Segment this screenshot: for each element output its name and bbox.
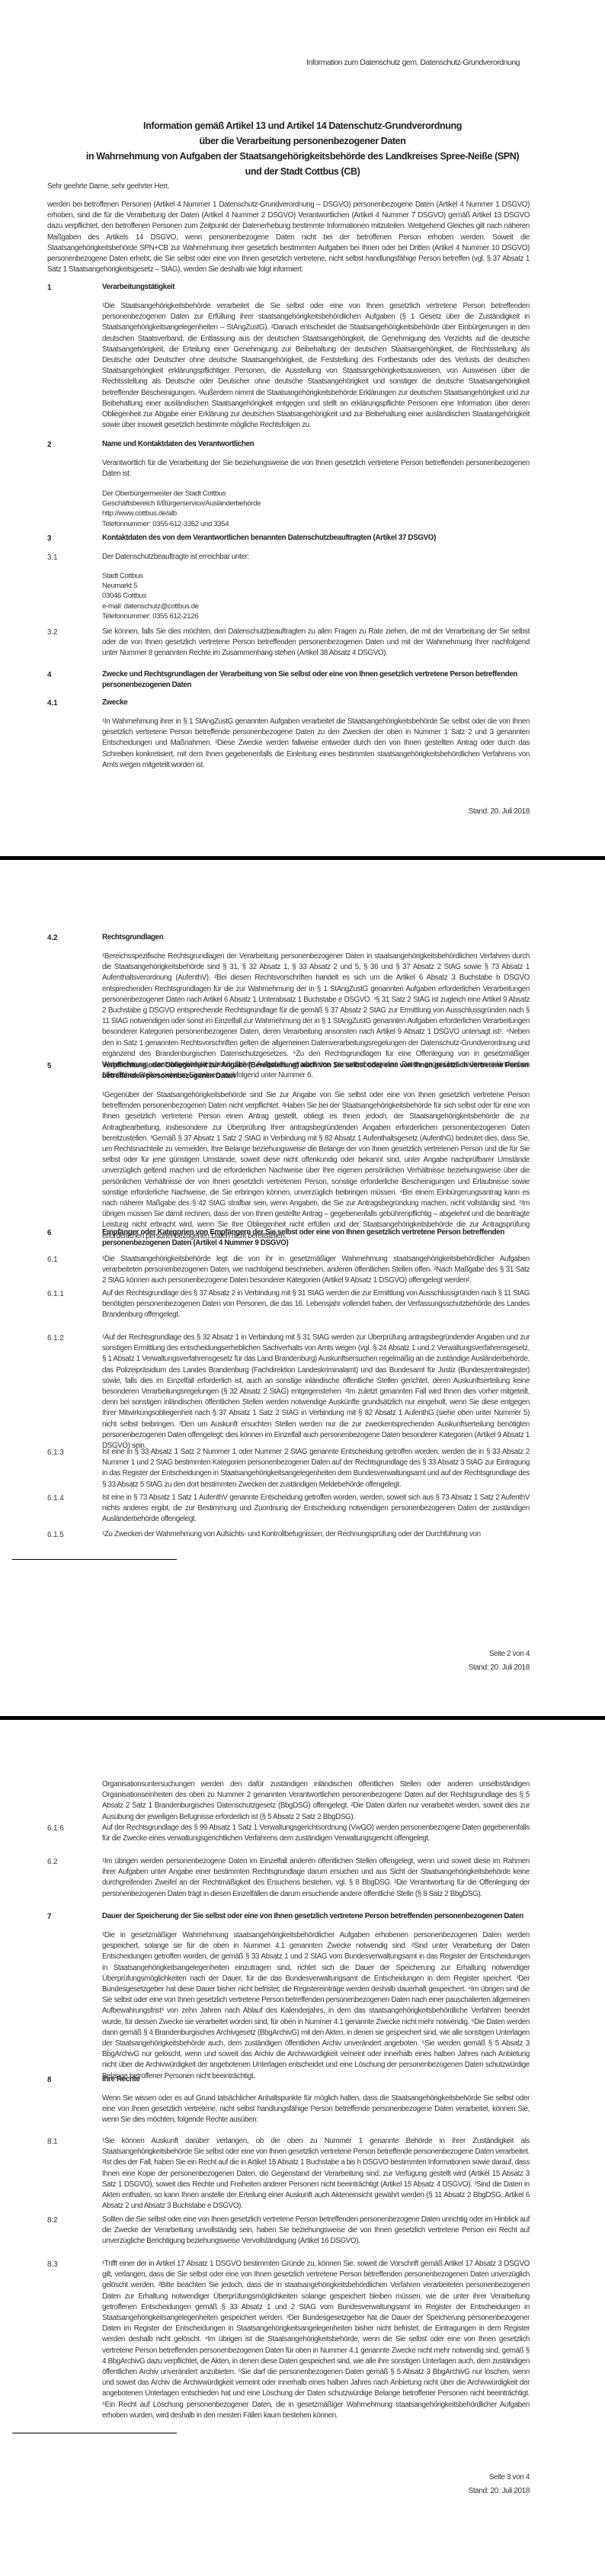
section-4-1-number: 4.1 [47,699,58,707]
section-5-title: Verpflichtung oder Obliegenheit zur Anga… [102,1060,530,1082]
section-3-2-number: 3.2 [47,628,58,637]
section-1-number: 1 [47,284,51,292]
page-2: 4.2 Rechtsgrundlagen ¹Bereichsspezifisch… [0,860,605,1716]
title-line-3: in Wahrnehmung von Aufgaben der Staatsan… [0,149,605,164]
section-6-1-6-body: Auf der Rechtsgrundlage des § 99 Absatz … [102,1823,530,1844]
section-1-title: Verarbeitungstätigkeit [102,282,530,293]
dpo-street: Neumarkt 5 [102,581,530,591]
section-6-1-5-body-start: ¹Zu Zwecken der Wahrnehmung von Aufsicht… [102,1529,530,1540]
intro-paragraph: werden bei betroffenen Personen (Artikel… [47,200,530,275]
section-8-2-number: 8.2 [47,2216,58,2225]
section-6-1-1-number: 6.1.1 [47,1290,64,1298]
section-6-1-4-body: Ist eine in § 73 Absatz 1 Satz 1 Aufenth… [102,1493,530,1525]
section-2-body: Verantwortlich für die Verarbeitung der … [102,458,530,480]
footer-stand: Stand: 20. Juli 2018 [469,2487,530,2495]
section-6-1-3-number: 6.1.3 [47,1448,64,1457]
section-1-body: ¹Die Staatsangehörigkeitsbehörde verarbe… [102,301,530,431]
controller-address: Der Oberbürgermeister der Stadt Cottbus … [102,489,530,529]
footer-stand: Stand: 20. Juli 2018 [469,807,530,816]
footer-stand: Stand: 20. Juli 2018 [469,1663,530,1672]
section-3-1-number: 3.1 [47,553,58,562]
controller-phone: Telefonnummer: 0355-612-3352 und 3354 [102,519,530,529]
section-8-1-body: ¹Sie können Auskunft darüber verlangen, … [102,2136,530,2212]
dpo-address: Stadt Cottbus Neumarkt 5 03046 Cottbus e… [102,571,530,621]
footer-page-number: Seite 3 von 4 [489,2473,530,2481]
section-8-3-body: ¹Trifft einer der in Artikel 17 Absatz 1… [102,2259,530,2421]
section-7-title: Dauer der Speicherung der Sie selbst ode… [102,1911,530,1922]
section-6-1-5-body-cont: Organisationsuntersuchungen werden den d… [102,1779,530,1823]
section-5-number: 5 [47,1062,51,1070]
salutation: Sehr geehrte Dame, sehr geehrter Herr, [47,181,530,192]
section-6-number: 6 [47,1229,51,1237]
dpo-email-link[interactable]: e-mail: datenschutz@cottbus.de [102,601,530,611]
section-5-body: ¹Gegenüber der Staatsangehörigkeitsbehör… [102,1090,530,1242]
section-2-number: 2 [47,441,51,449]
section-6-1-6-number: 6.1.6 [47,1824,64,1833]
title-line-4: und der Stadt Cottbus (CB) [0,164,605,179]
section-2-title: Name und Kontaktdaten des Verantwortlich… [102,439,530,450]
page-1: Information zum Datenschutz gem. Datensc… [0,0,605,856]
dpo-org: Stadt Cottbus [102,571,530,581]
footnote-rule [12,2433,177,2433]
section-8-number: 8 [47,2076,51,2084]
section-7-body: ¹Die in gesetzmäßiger Wahrnehmung staats… [102,1930,530,2082]
section-6-1-number: 6.1 [47,1256,58,1264]
section-6-title: Empfänger oder Kategorien von Empfängern… [102,1227,530,1249]
section-8-intro: Wenn Sie wissen oder es auf Grund tatsäc… [102,2093,530,2126]
section-6-1-4-number: 6.1.4 [47,1494,64,1503]
footnote-rule [12,1559,177,1560]
title-line-2: über die Verarbeitung personenbezogener … [0,133,605,149]
section-8-3-number: 8.3 [47,2260,58,2269]
section-4-number: 4 [47,671,51,679]
section-8-2-body: Sollten die Sie selbst oder eine von Ihn… [102,2215,530,2247]
document-title: Information gemäß Artikel 13 und Artikel… [0,118,605,179]
section-4-2-number: 4.2 [47,934,58,942]
footer-page-number: Seite 2 von 4 [489,1650,530,1658]
section-8-1-number: 8.1 [47,2138,58,2146]
section-6-2-body: ¹Im übrigen werden personenbezogene Date… [102,1856,530,1900]
section-6-1-2-number: 6.1.2 [47,1334,64,1343]
section-8-title: Ihre Rechte [102,2074,530,2085]
section-3-2-body: Sie können, falls Sie dies möchten, den … [102,627,530,659]
page-3: Organisationsuntersuchungen werden den d… [0,1720,605,2576]
section-6-1-1-body: Auf der Rechtsgrundlage des § 37 Absatz … [102,1288,530,1321]
section-6-1-5-number: 6.1.5 [47,1531,64,1539]
controller-name: Der Oberbürgermeister der Stadt Cottbus [102,489,530,499]
section-3-1-body: Der Datenschutzbeauftragte ist erreichba… [102,552,530,563]
controller-website-link[interactable]: http://www.cottbus.de/alb [102,508,530,518]
section-7-number: 7 [47,1913,51,1921]
section-6-1-body: ¹Die Staatsangehörigkeitsbehörde legt di… [102,1254,530,1287]
title-line-1: Information gemäß Artikel 13 und Artikel… [0,118,605,133]
dpo-city: 03046 Cottbus [102,591,530,601]
section-4-1-title: Zwecke [102,698,530,708]
section-4-1-body: ¹In Wahrnehmung ihrer in § 1 StAngZustG … [102,717,530,771]
section-4-2-title: Rechtsgrundlagen [102,932,530,943]
dpo-phone: Telefonnummer: 0355 612-2126 [102,611,530,621]
section-3-number: 3 [47,534,51,543]
section-4-title: Zwecke und Rechtsgrundlagen der Verarbei… [102,669,530,691]
running-header: Information zum Datenschutz gem. Datensc… [306,58,520,67]
controller-department: Geschäftsbereich II/Bürgerservice/Auslän… [102,499,530,508]
section-6-2-number: 6.2 [47,1858,58,1866]
section-6-1-3-body: Ist eine in § 33 Absatz 1 Satz 2 Nummer … [102,1447,530,1490]
section-6-1-2-body: ¹Auf der Rechtsgrundlage des § 32 Absatz… [102,1333,530,1452]
section-3-title: Kontaktdaten des von dem Verantwortliche… [102,533,530,544]
